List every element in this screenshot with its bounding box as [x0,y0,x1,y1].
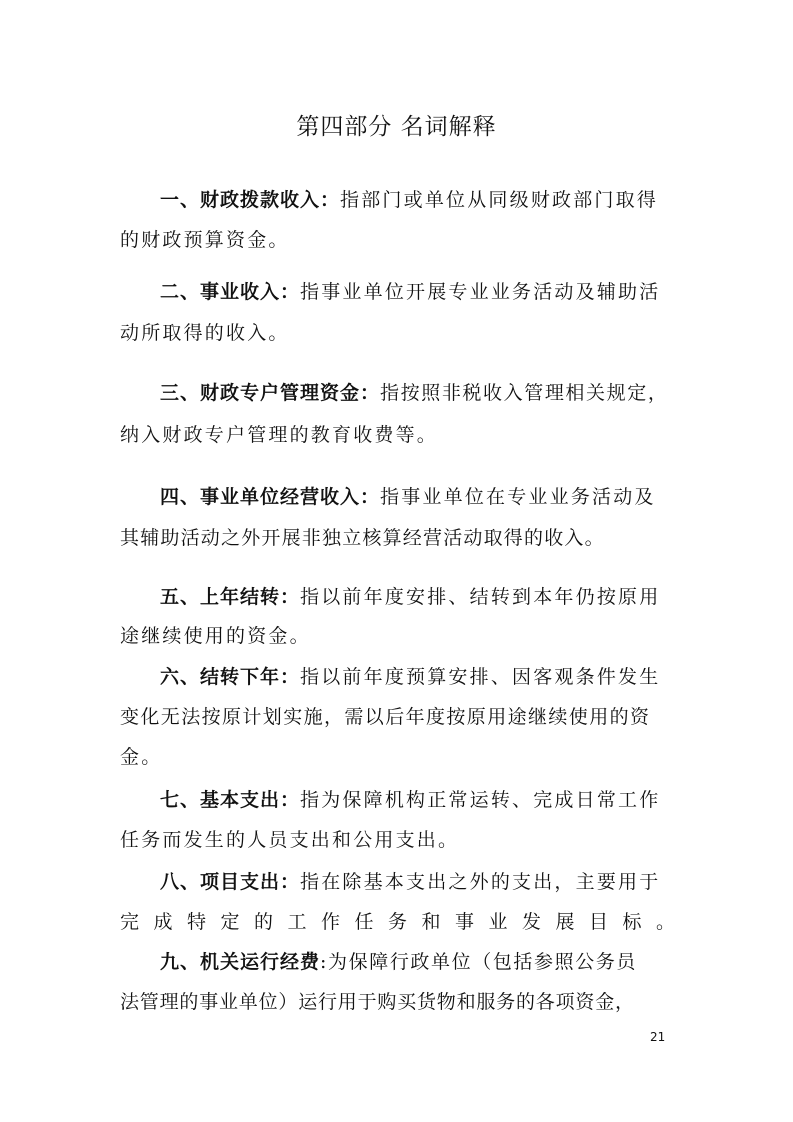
entry-1-line-2: 的财政预算资金。 [120,228,672,252]
entry-3-line-2: 纳入财政专户管理的教育收费等。 [120,423,672,447]
entry-6-term: 六、结转下年： [160,666,300,688]
entry-1-term: 一、财政拨款收入： [160,189,340,211]
entry-5-term: 五、上年结转： [160,586,300,608]
entry-8-line-2: 完成特定的工作任务和事业发展目标。 [120,910,672,934]
entry-3-term: 三、财政专户管理资金： [160,382,380,404]
entry-6-line-1: 六、结转下年：指以前年度预算安排、因客观条件发生 [160,665,672,689]
entry-6-line-3: 金。 [120,745,672,769]
entry-3-line-1: 三、财政专户管理资金：指按照非税收入管理相关规定， [160,381,672,405]
entry-6-line-2: 变化无法按原计划实施，需以后年度按原用途继续使用的资 [120,705,672,729]
entry-7-text: 指为保障机构正常运转、完成日常工作 [300,789,660,811]
entry-2-line-1: 二、事业收入：指事业单位开展专业业务活动及辅助活 [160,280,672,304]
entry-5-line-1: 五、上年结转：指以前年度安排、结转到本年仍按原用 [160,585,672,609]
entry-9-text: :为保障行政单位（包括参照公务员 [320,951,637,973]
entry-7-line-2: 任务而发生的人员支出和公用支出。 [120,828,672,852]
entry-4-term: 四、事业单位经营收入： [160,486,380,508]
entry-7-term: 七、基本支出： [160,789,300,811]
entry-7-line-1: 七、基本支出：指为保障机构正常运转、完成日常工作 [160,788,672,812]
entry-3-text: 指按照非税收入管理相关规定， [380,382,668,404]
page-title: 第四部分 名词解释 [0,108,793,141]
entry-5-line-2: 途继续使用的资金。 [120,624,672,648]
entry-9-term: 九、机关运行经费 [160,951,320,973]
entry-8-text: 指在除基本支出之外的支出，主要用于 [300,871,660,893]
page-number: 21 [650,1030,665,1044]
entry-5-text: 指以前年度安排、结转到本年仍按原用 [300,586,660,608]
entry-4-line-1: 四、事业单位经营收入：指事业单位在专业业务活动及 [160,485,672,509]
entry-2-line-2: 动所取得的收入。 [120,321,672,345]
entry-1-line-1: 一、财政拨款收入：指部门或单位从同级财政部门取得 [160,188,672,212]
entry-1-text: 指部门或单位从同级财政部门取得 [340,189,658,211]
entry-4-text: 指事业单位在专业业务活动及 [380,486,656,508]
entry-9-line-2: 法管理的事业单位）运行用于购买货物和服务的各项资金， [120,990,672,1014]
entry-8-line-1: 八、项目支出：指在除基本支出之外的支出，主要用于 [160,870,672,894]
entry-9-line-1: 九、机关运行经费:为保障行政单位（包括参照公务员 [160,950,672,974]
entry-8-term: 八、项目支出： [160,871,300,893]
entry-6-text: 指以前年度预算安排、因客观条件发生 [300,666,660,688]
entry-4-line-2: 其辅助活动之外开展非独立核算经营活动取得的收入。 [120,526,672,550]
entry-2-term: 二、事业收入： [160,281,300,303]
entry-2-text: 指事业单位开展专业业务活动及辅助活 [300,281,660,303]
